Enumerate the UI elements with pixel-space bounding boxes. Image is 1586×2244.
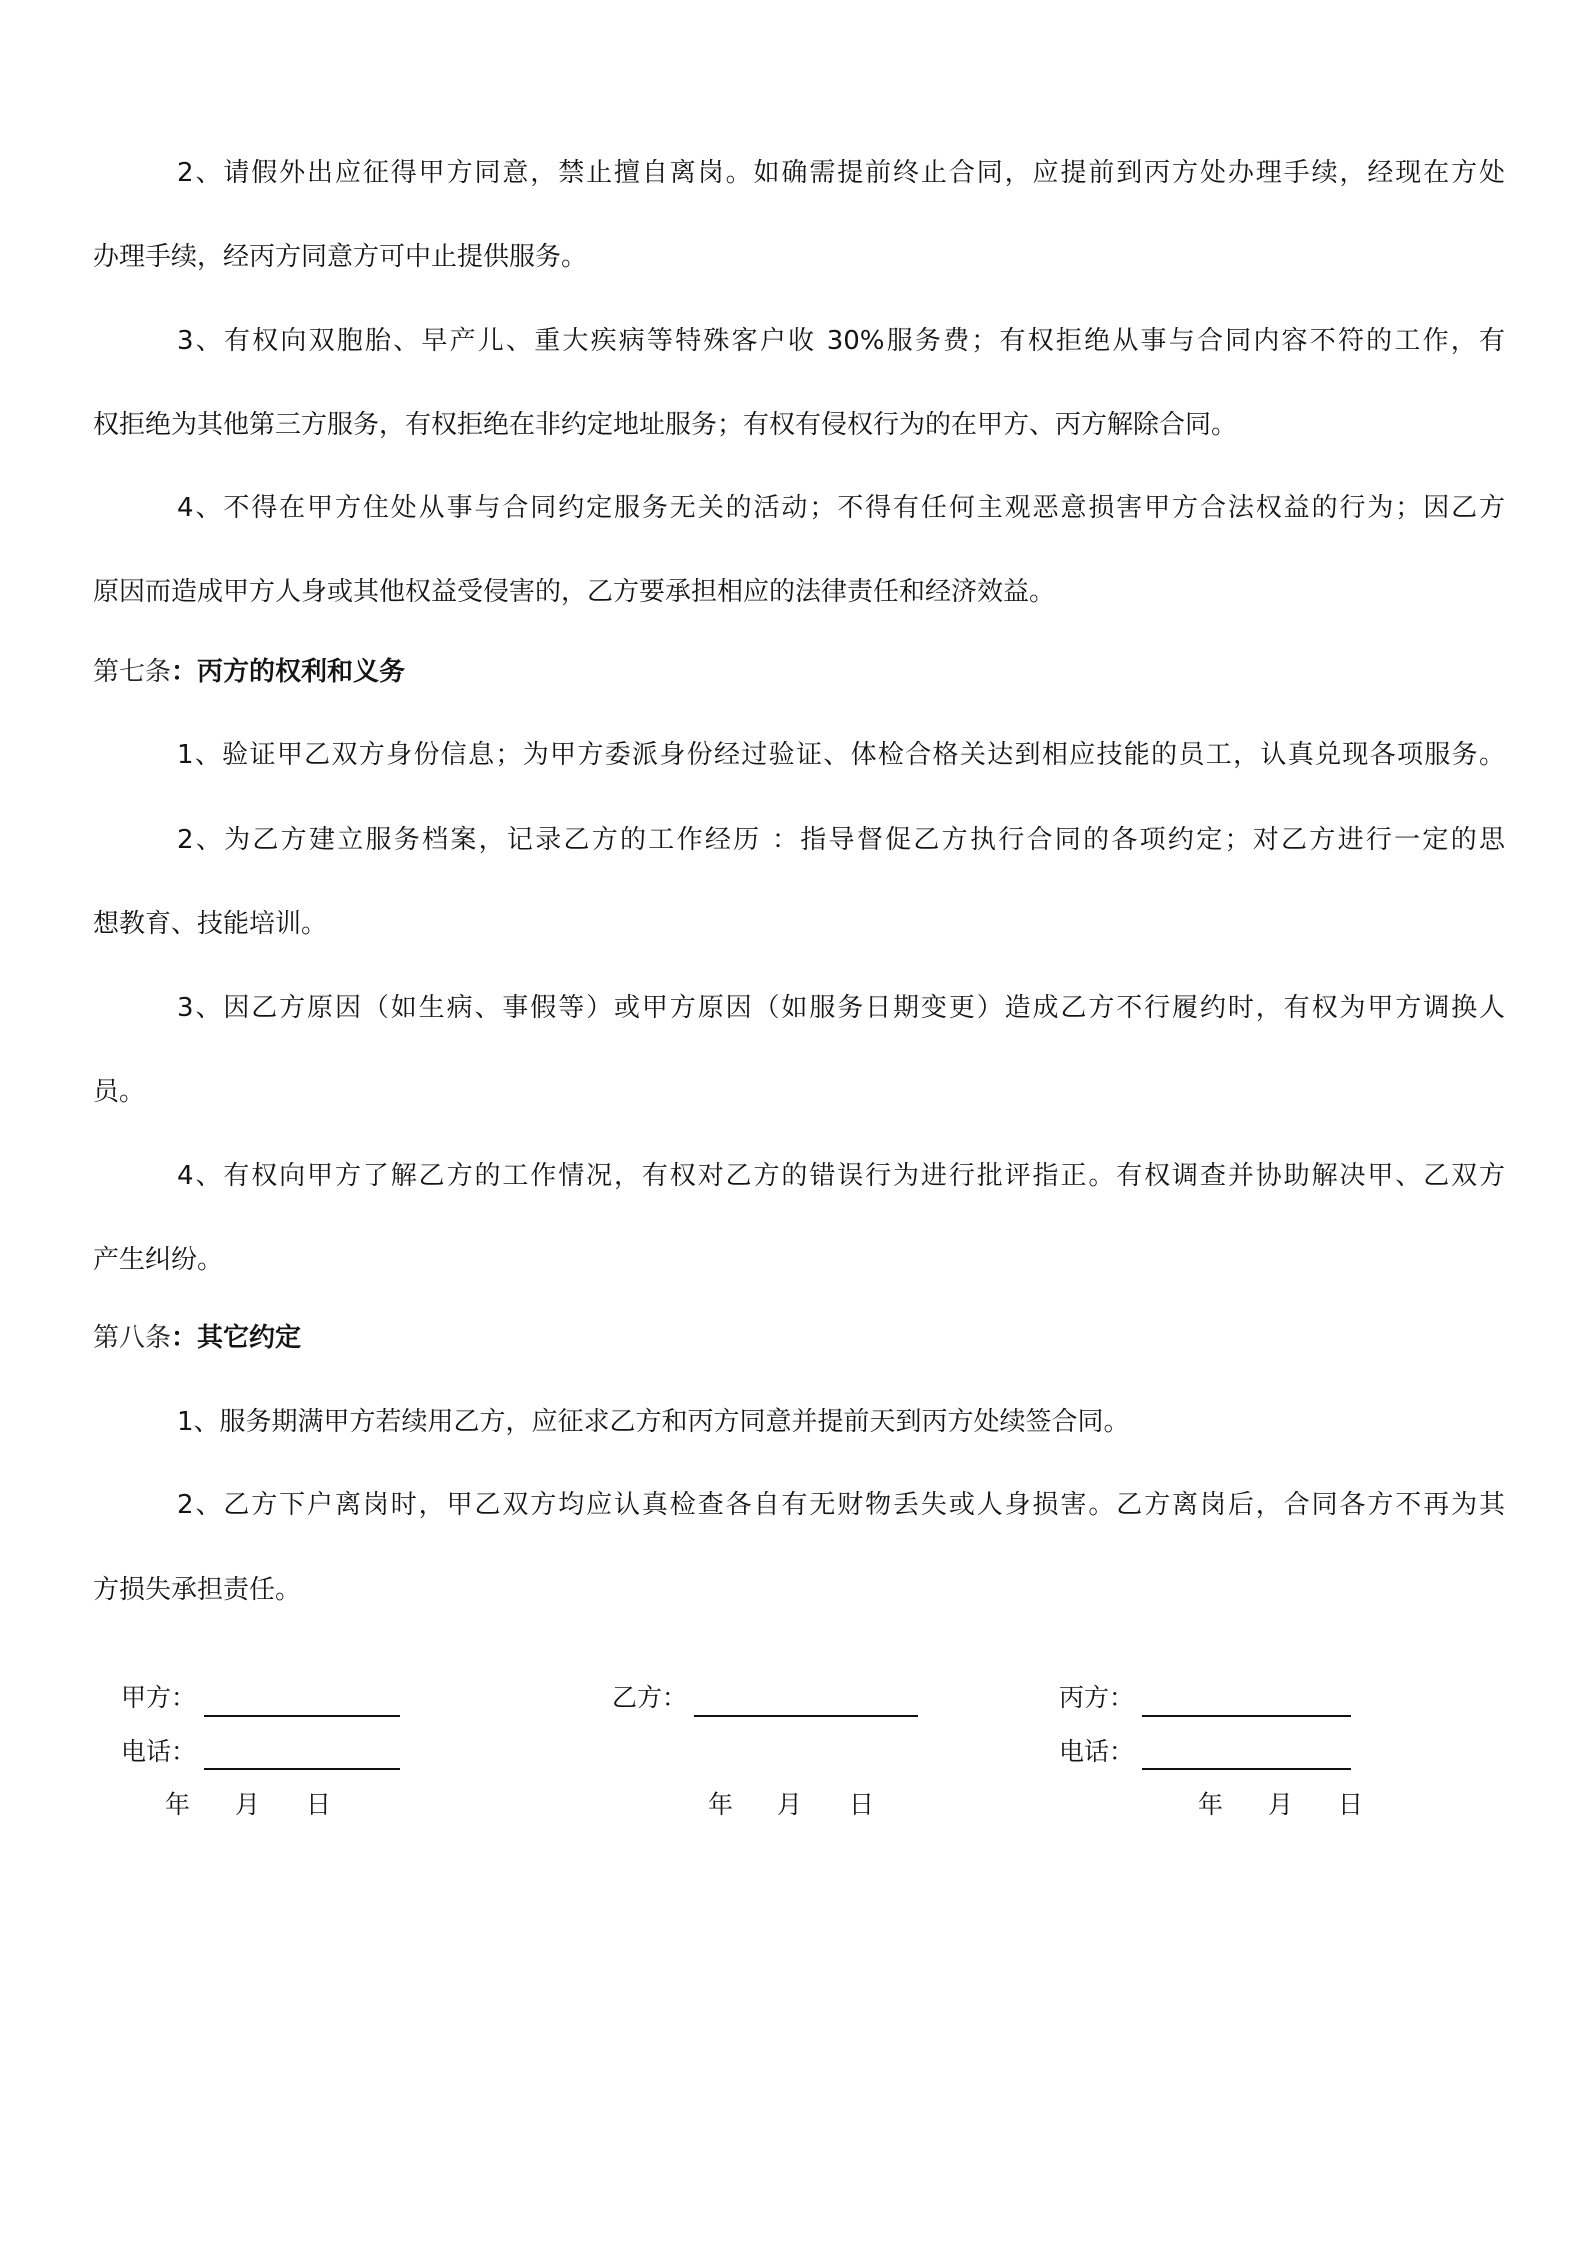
clause-7-item-2-line-2: 想教育、技能培训。 — [93, 904, 1505, 944]
clause-7-item-2-line-1: 2、为乙方建立服务档案，记录乙方的工作经历 ：指导督促乙方执行合同的各项约定；对… — [177, 820, 1505, 860]
party-a-date-day: 日 — [306, 1788, 331, 1822]
clause-7-item-3-line-1: 3、因乙方原因（如生病、事假等）或甲方原因（如服务日期变更）造成乙方不行履约时，… — [177, 988, 1505, 1028]
party-b-signature-field[interactable] — [694, 1715, 918, 1717]
clause-7-item-3-line-2: 员。 — [93, 1072, 1505, 1112]
clause-8-title: ：其它约定 — [171, 1323, 301, 1353]
party-c-date-month: 月 — [1268, 1788, 1293, 1822]
clause-7-heading: 第七条：丙方的权利和义务 — [93, 652, 1505, 692]
party-a-date-year: 年 — [165, 1788, 190, 1822]
clause-8-number: 第八条 — [93, 1323, 171, 1353]
clause-7-item-4-line-2: 产生纠纷。 — [93, 1240, 1505, 1280]
clause-8-item-2-line-2: 方损失承担责任。 — [93, 1570, 1505, 1610]
clause-7-title: ：丙方的权利和义务 — [171, 657, 405, 687]
party-b-date-day: 日 — [849, 1788, 874, 1822]
party-c-signature-field[interactable] — [1142, 1715, 1351, 1717]
party-b-date-year: 年 — [708, 1788, 733, 1822]
contract-page: 2、请假外出应征得甲方同意，禁止擅自离岗。如确需提前终止合同，应提前到丙方处办理… — [0, 0, 1586, 2244]
clause-6-item-4-line-2: 原因而造成甲方人身或其他权益受侵害的，乙方要承担相应的法律责任和经济效益。 — [93, 572, 1505, 612]
clause-8-item-1: 1、服务期满甲方若续用乙方，应征求乙方和丙方同意并提前天到丙方处续签合同。 — [177, 1402, 1505, 1442]
clause-7-item-4-line-1: 4、有权向甲方了解乙方的工作情况，有权对乙方的错误行为进行批评指正。有权调查并协… — [177, 1156, 1505, 1196]
party-c-date-day: 日 — [1338, 1788, 1363, 1822]
party-a-date-month: 月 — [235, 1788, 260, 1822]
clause-6-item-4-line-1: 4、不得在甲方住处从事与合同约定服务无关的活动；不得有任何主观恶意损害甲方合法权… — [177, 488, 1505, 528]
party-c-phone-label: 电话： — [1059, 1735, 1134, 1769]
party-c-label: 丙方： — [1059, 1681, 1134, 1715]
party-a-phone-label: 电话： — [121, 1735, 196, 1769]
clause-6-item-2-line-2: 办理手续，经丙方同意方可中止提供服务。 — [93, 237, 1505, 277]
party-a-label: 甲方： — [121, 1681, 196, 1715]
party-a-phone-field[interactable] — [204, 1768, 400, 1770]
clause-7-item-1: 1、验证甲乙双方身份信息；为甲方委派身份经过验证、体检合格关达到相应技能的员工，… — [177, 735, 1505, 775]
party-a-signature-field[interactable] — [204, 1715, 400, 1717]
clause-6-item-2-line-1: 2、请假外出应征得甲方同意，禁止擅自离岗。如确需提前终止合同，应提前到丙方处办理… — [177, 153, 1505, 193]
clause-8-heading: 第八条：其它约定 — [93, 1318, 1505, 1358]
clause-6-item-3-line-1: 3、有权向双胞胎、早产儿、重大疾病等特殊客户收 30%服务费；有权拒绝从事与合同… — [177, 321, 1505, 361]
party-c-date-year: 年 — [1198, 1788, 1223, 1822]
party-b-label: 乙方： — [612, 1681, 687, 1715]
clause-8-item-2-line-1: 2、乙方下户离岗时，甲乙双方均应认真检查各自有无财物丢失或人身损害。乙方离岗后，… — [177, 1485, 1505, 1525]
party-b-date-month: 月 — [777, 1788, 802, 1822]
clause-7-number: 第七条 — [93, 657, 171, 687]
clause-6-item-3-line-2: 权拒绝为其他第三方服务，有权拒绝在非约定地址服务；有权有侵权行为的在甲方、丙方解… — [93, 405, 1505, 445]
party-c-phone-field[interactable] — [1142, 1768, 1351, 1770]
